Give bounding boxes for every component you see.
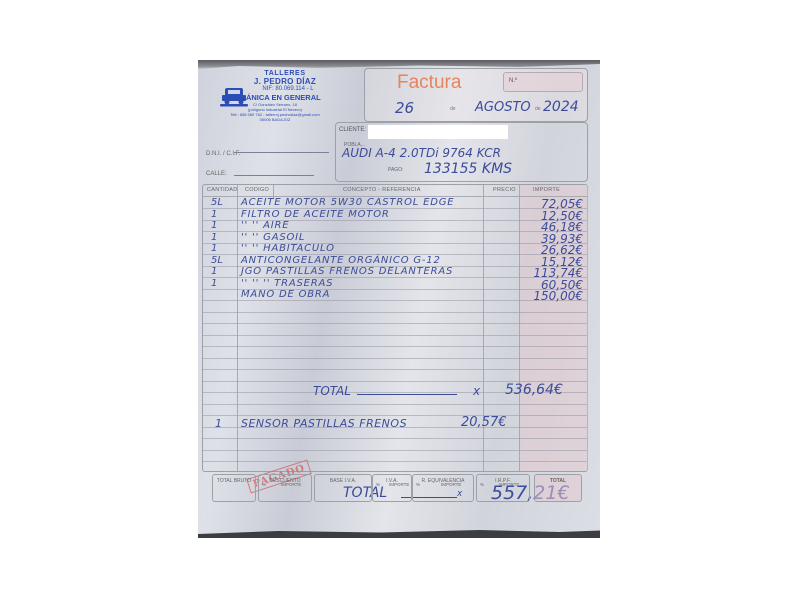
item-qty: 5L: [211, 255, 223, 266]
footer-descuento-importe: IMPORTE: [281, 482, 301, 487]
subtotal-marker: x: [473, 384, 480, 398]
item-qty: 1: [211, 209, 217, 220]
item-description: FILTRO DE ACEITE MOTOR: [241, 209, 390, 220]
subtotal-value: 536,64€: [505, 382, 563, 398]
extra-item-desc: SENSOR PASTILLAS FRENOS: [241, 417, 407, 430]
footer-base-iva: BASE I.V.A.: [314, 474, 372, 502]
footer-total: TOTAL: [534, 474, 582, 502]
footer-base-iva-label: BASE I.V.A.: [315, 478, 371, 484]
ruled-line: [203, 358, 587, 359]
item-qty: 1: [211, 266, 217, 277]
item-qty: 1: [211, 232, 217, 243]
footer-irpf-importe: IMPORTE: [499, 482, 519, 487]
table-row: 1JGO PASTILLAS FRENOS DELANTERAS113,74€: [203, 266, 587, 278]
item-description: JGO PASTILLAS FRENOS DELANTERAS: [241, 266, 453, 277]
footer-irpf-pct: %: [480, 482, 484, 487]
date-year: 2024: [543, 99, 579, 115]
totals-footer: TOTAL BRUTO DESCUENTO % IMPORTE BASE I.V…: [212, 474, 588, 504]
ruled-line: [203, 369, 587, 370]
extra-item-amount: 20,57€: [461, 415, 507, 430]
item-amount: 150,00€: [533, 289, 583, 303]
footer-r-equivalencia: R. EQUIVALENCIA % IMPORTE: [412, 474, 474, 502]
redacted-client-name: [368, 125, 508, 139]
date-month: AGOSTO: [475, 100, 531, 115]
ruled-line: [203, 335, 587, 336]
header-importe: IMPORTE: [533, 187, 560, 193]
ruled-line: [203, 438, 587, 439]
item-qty: 1: [211, 220, 217, 231]
header-precio: PRECIO: [493, 187, 516, 193]
ruled-line: [203, 312, 587, 313]
item-description: MANO DE OBRA: [241, 289, 330, 300]
calle-label: CALLE:: [206, 171, 227, 177]
ruled-line: [203, 323, 587, 324]
extra-item-qty: 1: [215, 417, 222, 430]
items-table: CANTIDAD CODIGO CONCEPTO - REFERENCIA PR…: [202, 184, 588, 472]
table-row: 5LANTICONGELANTE ORGÁNICO G-1215,12€: [203, 255, 587, 267]
invoice-number-field: N.º: [503, 72, 583, 92]
table-row: 1 '' '' GASOIL39,93€: [203, 232, 587, 244]
table-row: 1 '' '' '' TRASERAS60,50€: [203, 278, 587, 290]
table-row: 1 '' '' HABITACULO26,62€: [203, 243, 587, 255]
ruled-line: [203, 415, 587, 416]
calle-underline: [234, 175, 314, 176]
car-wrench-logo-icon: [220, 84, 248, 108]
footer-r-equivalencia-importe: IMPORTE: [441, 482, 461, 487]
footer-iva-pct: %: [376, 482, 380, 487]
footer-total-bruto: TOTAL BRUTO: [212, 474, 256, 502]
footer-irpf: I.R.P.F. % IMPORTE: [476, 474, 530, 502]
footer-descuento-pct: %: [262, 482, 266, 487]
invoice-number-label: N.º: [509, 78, 517, 84]
footer-r-equivalencia-pct: %: [416, 482, 420, 487]
invoice-title: Factura: [397, 72, 461, 94]
dni-underline: [234, 152, 329, 153]
invoice-header-box: Factura N.º 26 de AGOSTO de 2024: [364, 68, 588, 122]
item-qty: 1: [211, 278, 217, 289]
calle-field: CALLE:: [206, 162, 334, 178]
date-of-label: de: [450, 106, 456, 112]
ruled-line: [203, 461, 587, 462]
item-description: '' '' GASOIL: [241, 232, 305, 243]
header-cantidad: CANTIDAD: [207, 187, 238, 193]
item-qty: 5L: [211, 197, 223, 208]
ruled-line: [203, 450, 587, 451]
header-codigo: CODIGO: [245, 187, 269, 193]
item-description: ACEITE MOTOR 5W30 CASTROL EDGE: [241, 197, 454, 208]
footer-total-bruto-label: TOTAL BRUTO: [213, 478, 255, 484]
footer-descuento: DESCUENTO % IMPORTE: [258, 474, 312, 502]
footer-iva-importe: IMPORTE: [389, 482, 409, 487]
ruled-line: [203, 346, 587, 347]
business-nif: NIF: 80.069.114 - L: [246, 86, 330, 92]
torn-edge-bottom: [198, 528, 600, 538]
business-header: TALLERES J. PEDRO DÍAZ NIF: 80.069.114 -…: [220, 70, 330, 122]
date-of-label-2: de: [535, 106, 541, 112]
table-row: 5LACEITE MOTOR 5W30 CASTROL EDGE72,05€: [203, 197, 587, 209]
item-qty: 1: [211, 243, 217, 254]
table-row: 1 '' '' AIRE46,18€: [203, 220, 587, 232]
item-description: ANTICONGELANTE ORGÁNICO G-12: [241, 255, 441, 266]
pago-label: PAGO:: [388, 167, 403, 173]
table-row: 1FILTRO DE ACEITE MOTOR12,50€: [203, 209, 587, 221]
item-description: '' '' AIRE: [241, 220, 289, 231]
business-line1: TALLERES: [240, 70, 330, 77]
mileage: 133155 KMS: [424, 161, 512, 177]
subtotal-label: TOTAL: [313, 384, 351, 398]
invoice-date: 26 de AGOSTO de 2024: [365, 99, 587, 119]
vehicle-info: AUDI A-4 2.0TDi 9764 KCR: [342, 146, 501, 160]
dni-field: D.N.I. / C.I.F.: [206, 142, 334, 158]
date-day: 26: [395, 99, 414, 117]
subtotal-dash: [357, 394, 457, 395]
invoice-scan: TALLERES J. PEDRO DÍAZ NIF: 80.069.114 -…: [198, 60, 600, 538]
business-city: 06006 BADAJOZ: [220, 117, 330, 122]
header-concepto: CONCEPTO - REFERENCIA: [343, 187, 421, 193]
item-description: '' '' '' TRASERAS: [241, 278, 333, 289]
business-name: J. PEDRO DÍAZ: [240, 77, 330, 86]
item-description: '' '' HABITACULO: [241, 243, 335, 254]
ruled-line: [203, 404, 587, 405]
client-box: CLIENTE: POBLA... AUDI A-4 2.0TDi 9764 K…: [335, 122, 588, 182]
footer-iva: I.V.A. % IMPORTE: [372, 474, 412, 502]
footer-total-label: TOTAL: [535, 478, 581, 484]
table-row: MANO DE OBRA150,00€: [203, 289, 587, 301]
client-label: CLIENTE:: [339, 127, 366, 133]
